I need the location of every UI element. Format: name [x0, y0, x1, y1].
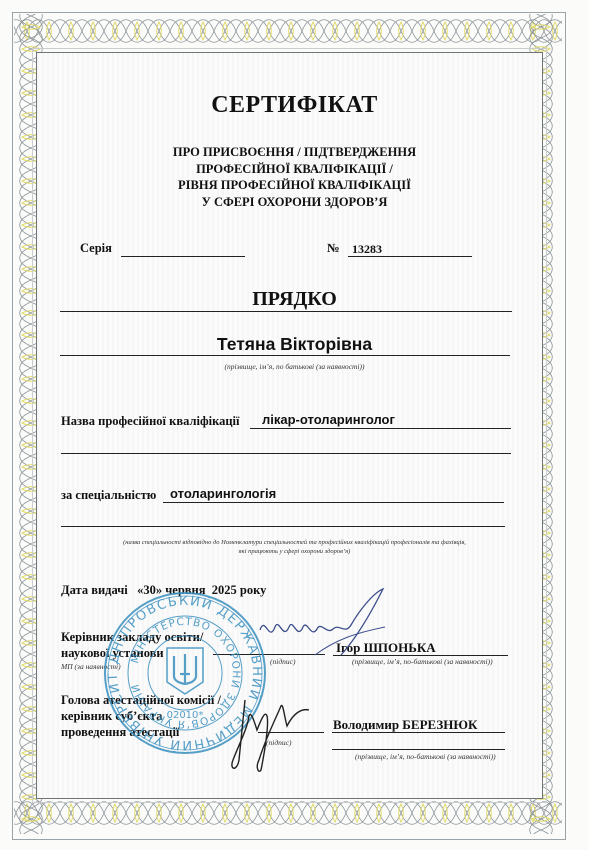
qualification-line	[250, 428, 511, 429]
series-line	[121, 256, 245, 257]
qualification-line-2	[61, 453, 511, 454]
subtitle-line: У СФЕРІ ОХОРОНИ ЗДОРОВ’Я	[0, 194, 589, 211]
commission-name-line	[332, 732, 505, 733]
given-names: Тетяна Вікторівна	[0, 334, 589, 355]
specialty-hint-line: (назва спеціальності відповідно до Номен…	[0, 538, 589, 547]
commission-name-hint: (прізвище, ім’я, по-батькові (за наявнос…	[355, 752, 496, 761]
qualification-value: лікар-отоларинголог	[262, 412, 395, 427]
number-value: 13283	[352, 242, 382, 257]
stamp-code: 02010*	[167, 710, 204, 721]
certificate-subtitle: ПРО ПРИСВОЄННЯ / ПІДТВЕРДЖЕННЯ ПРОФЕСІЙН…	[0, 144, 589, 210]
subtitle-line: ПРОФЕСІЙНОЇ КВАЛІФІКАЦІЇ /	[0, 161, 589, 178]
specialty-value: отоларингологія	[170, 486, 276, 501]
subtitle-line: РІВНЯ ПРОФЕСІЙНОЇ КВАЛІФІКАЦІЇ	[0, 177, 589, 194]
name-hint: (прізвище, ім’я, по батькові (за наявнос…	[0, 362, 589, 371]
commission-name-line-2	[332, 749, 505, 750]
specialty-hint-line: які працюють у сфері охорони здоров’я)	[0, 547, 589, 556]
commission-signature	[225, 680, 335, 780]
specialty-label: за спеціальністю	[61, 488, 156, 503]
specialty-line-2	[61, 526, 505, 527]
head-signature	[255, 585, 395, 665]
specialty-hint: (назва спеціальності відповідно до Номен…	[0, 538, 589, 556]
certificate-page: СЕРТИФІКАТ ПРО ПРИСВОЄННЯ / ПІДТВЕРДЖЕНН…	[0, 0, 589, 850]
specialty-line	[163, 502, 504, 503]
qualification-label: Назва професійної кваліфікації	[61, 414, 239, 429]
trident-icon	[167, 648, 203, 694]
commission-name: Володимир БЕРЕЗНЮК	[333, 717, 477, 733]
subtitle-line: ПРО ПРИСВОЄННЯ / ПІДТВЕРДЖЕННЯ	[0, 144, 589, 161]
number-label: №	[327, 241, 340, 256]
certificate-title: СЕРТИФІКАТ	[0, 92, 589, 119]
surname-line	[60, 311, 512, 312]
names-line	[60, 355, 510, 356]
series-label: Серія	[80, 241, 112, 256]
surname: ПРЯДКО	[0, 288, 589, 311]
